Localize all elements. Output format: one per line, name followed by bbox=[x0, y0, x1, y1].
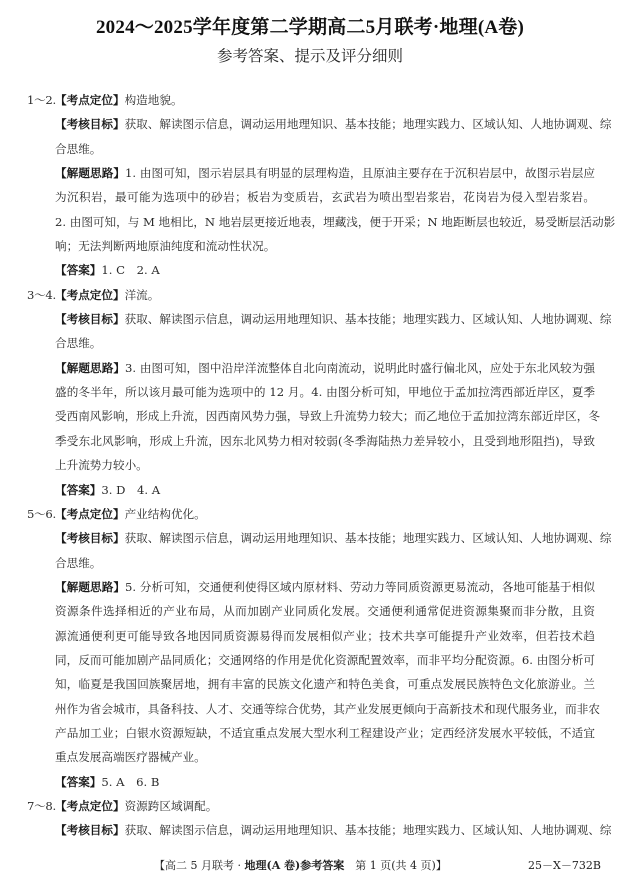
section-1-2-reason: 【解题思路】1. 由图可知，图示岩层具有明显的层理构造，且原油主要存在于沉积岩层… bbox=[0, 161, 595, 185]
footer-page-info: 【高二 5 月联考 · 地理(A 卷)参考答案 第 1 页(共 4 页)】 bbox=[154, 857, 447, 873]
section-1-2-goal: 【考核目标】获取、解读图示信息，调动运用地理知识、基本技能；地理实践力、区域认知… bbox=[0, 112, 595, 136]
section-7-8-focus: 7～8.【考点定位】资源跨区域调配。 bbox=[0, 794, 620, 818]
section-5-6-reason-line: 重点发展高端医疗器械产业。 bbox=[0, 745, 620, 769]
section-3-4-answer: 【答案】3. D 4. A bbox=[0, 478, 620, 502]
answer-content: 1～2.【考点定位】构造地貌。 【考核目标】获取、解读图示信息，调动运用地理知识… bbox=[0, 88, 620, 843]
section-5-6-goal: 【考核目标】获取、解读图示信息，调动运用地理知识、基本技能；地理实践力、区域认知… bbox=[0, 526, 595, 550]
section-5-6-reason-line: 产品加工业；白银水资源短缺，不适宜重点发展大型水利工程建设产业；定西经济发展水平… bbox=[0, 721, 595, 745]
section-5-6-answer: 【答案】5. A 6. B bbox=[0, 770, 620, 794]
section-1-2-answer: 【答案】1. C 2. A bbox=[0, 258, 620, 282]
document-subtitle: 参考答案、提示及评分细则 bbox=[0, 44, 620, 66]
section-3-4-goal: 【考核目标】获取、解读图示信息，调动运用地理知识、基本技能；地理实践力、区域认知… bbox=[0, 307, 595, 331]
section-1-2-focus: 1～2.【考点定位】构造地貌。 bbox=[0, 88, 620, 112]
section-1-2-goal-cont: 合思维。 bbox=[0, 137, 620, 161]
section-7-8-goal: 【考核目标】获取、解读图示信息，调动运用地理知识、基本技能；地理实践力、区域认知… bbox=[0, 818, 595, 842]
section-3-4-reason: 【解题思路】3. 由图可知，图中沿岸洋流整体自北向南流动，说明此时盛行偏北风，应… bbox=[0, 356, 595, 380]
section-1-2-reason-line: 2. 由图可知，与 M 地相比，N 地岩层更接近地表，埋藏浅，便于开采；N 地距… bbox=[0, 210, 595, 234]
section-5-6-reason: 【解题思路】5. 分析可知，交通便利使得区域内原材料、劳动力等同质资源更易流动，… bbox=[0, 575, 595, 599]
section-3-4-reason-line: 季受东北风影响，形成上升流，因东北风势力相对较弱(冬季海陆热力差异较小，且受到地… bbox=[0, 429, 595, 453]
section-5-6-focus: 5～6.【考点定位】产业结构优化。 bbox=[0, 502, 620, 526]
footer-code: 25－X－732B bbox=[528, 857, 601, 873]
section-5-6-reason-line: 源流通便利更可能导致各地因同质资源易得而发展相似产业；技术共享可能提升产业效率，… bbox=[0, 624, 595, 648]
section-3-4-reason-line: 受西南风影响，形成上升流，因西南风势力强，导致上升流势力较大；而乙地位于孟加拉湾… bbox=[0, 404, 595, 428]
section-3-4-reason-line: 盛的冬半年，所以该月最可能为选项中的 12 月。4. 由图分析可知，甲地位于孟加… bbox=[0, 380, 595, 404]
section-5-6-reason-line: 同，反而可能加剧产品同质化；交通网络的作用是优化资源配置效率，而非平均分配资源。… bbox=[0, 648, 595, 672]
section-3-4-reason-line: 上升流势力较小。 bbox=[0, 453, 620, 477]
section-5-6-reason-line: 知，临夏是我国回族聚居地，拥有丰富的民族文化遗产和特色美食，可重点发展民族特色文… bbox=[0, 672, 595, 696]
section-5-6-reason-line: 州作为省会城市，具备科技、人才、交通等综合优势，其产业发展更倾向于高新技术和现代… bbox=[0, 697, 595, 721]
document-title: 2024～2025学年度第二学期高二5月联考·地理(A卷) bbox=[0, 12, 620, 39]
section-3-4-focus: 3～4.【考点定位】洋流。 bbox=[0, 283, 620, 307]
section-5-6-reason-line: 资源条件选择相近的产业布局，从而加剧产业同质化发展。交通便利通常促进资源集聚而非… bbox=[0, 599, 595, 623]
section-3-4-goal-cont: 合思维。 bbox=[0, 331, 620, 355]
section-1-2-reason-line: 为沉积岩，最可能为选项中的砂岩；板岩为变质岩，玄武岩为喷出型岩浆岩，花岗岩为侵入… bbox=[0, 185, 595, 209]
section-5-6-goal-cont: 合思维。 bbox=[0, 551, 620, 575]
section-1-2-reason-line: 响；无法判断两地原油纯度和流动性状况。 bbox=[0, 234, 620, 258]
